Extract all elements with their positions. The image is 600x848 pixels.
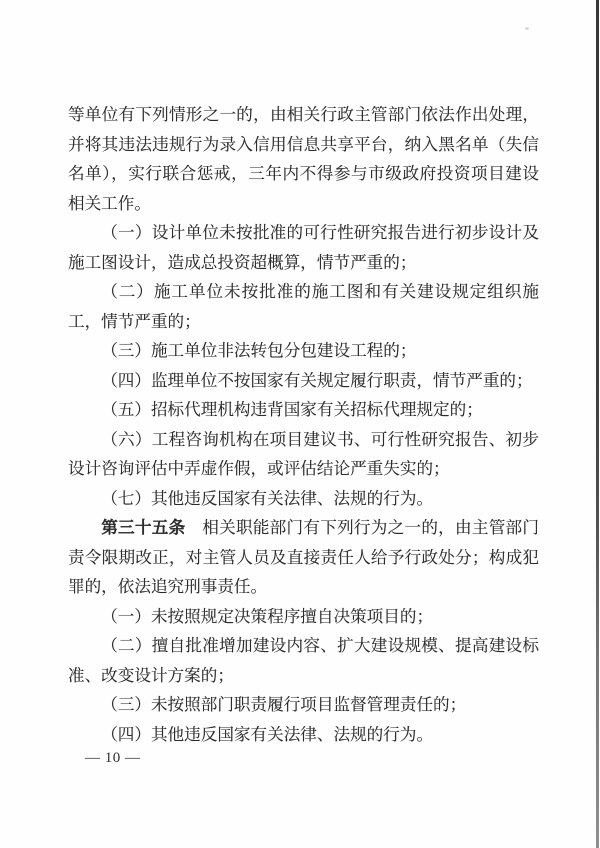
text-line: 罪的，依法追究刑事责任。 (68, 572, 539, 602)
line-text: （四）其他违反国家有关法律、法规的行为。 (101, 725, 433, 744)
line-text: （三）施工单位非法转包分包建设工程的； (101, 341, 416, 360)
line-text: 名单），实行联合惩戒，三年内不得参与市级政府投资项目建设 (68, 164, 539, 183)
line-text: （五）招标代理机构违背国家有关招标代理规定的； (101, 400, 483, 419)
text-line: 名单），实行联合惩戒，三年内不得参与市级政府投资项目建设 (68, 159, 539, 189)
line-text: （七）其他违反国家有关法律、法规的行为。 (101, 489, 433, 508)
text-line: （一）设计单位未按批准的可行性研究报告进行初步设计及 (68, 218, 539, 248)
text-line: 设计咨询评估中弄虚作假，或评估结论严重失实的； (68, 454, 539, 484)
line-text: 相关工作。 (68, 194, 151, 213)
line-text: （六）工程咨询机构在项目建议书、可行性研究报告、初步 (101, 430, 539, 449)
text-line: （四）监理单位不按国家有关规定履行职责，情节严重的； (68, 366, 539, 396)
text-line: （三）未按照部门职责履行项目监督管理责任的； (68, 690, 539, 720)
line-text: （一）设计单位未按批准的可行性研究报告进行初步设计及 (101, 223, 539, 242)
line-text: 罪的，依法追究刑事责任。 (68, 577, 267, 596)
text-line: 相关工作。 (68, 189, 539, 219)
line-text: 施工图设计，造成总投资超概算，情节严重的； (68, 253, 416, 272)
scan-edge-artifact (596, 0, 599, 848)
document-body: 等单位有下列情形之一的，由相关行政主管部门依法作出处理，并将其违法违规行为录入信… (68, 100, 539, 749)
text-line: 等单位有下列情形之一的，由相关行政主管部门依法作出处理， (68, 100, 539, 130)
text-line: （七）其他违反国家有关法律、法规的行为。 (68, 484, 539, 514)
scan-dust-speck (525, 27, 529, 30)
text-line: （一）未按照规定决策程序擅自决策项目的； (68, 602, 539, 632)
line-text: 责令限期改正，对主管人员及直接责任人给予行政处分；构成犯 (68, 548, 539, 567)
line-text: （一）未按照规定决策程序擅自决策项目的； (101, 607, 433, 626)
line-text: 准、改变设计方案的； (68, 666, 234, 685)
text-line: （六）工程咨询机构在项目建议书、可行性研究报告、初步 (68, 425, 539, 455)
line-text: （二）施工单位未按批准的施工图和有关建设规定组织施 (101, 282, 539, 301)
text-line: 施工图设计，造成总投资超概算，情节严重的； (68, 248, 539, 278)
line-text: 并将其违法违规行为录入信用信息共享平台，纳入黑名单（失信 (68, 135, 539, 154)
document-page: 等单位有下列情形之一的，由相关行政主管部门依法作出处理，并将其违法违规行为录入信… (0, 0, 600, 848)
line-text: （四）监理单位不按国家有关规定履行职责，情节严重的； (101, 371, 532, 390)
text-line: 第三十五条 相关职能部门有下列行为之一的，由主管部门 (68, 513, 539, 543)
text-line: （二）施工单位未按批准的施工图和有关建设规定组织施 (68, 277, 539, 307)
line-text: 设计咨询评估中弄虚作假，或评估结论严重失实的； (68, 459, 450, 478)
line-text: 相关职能部门有下列行为之一的，由主管部门 (185, 518, 539, 537)
text-line: 责令限期改正，对主管人员及直接责任人给予行政处分；构成犯 (68, 543, 539, 573)
text-line: 准、改变设计方案的； (68, 661, 539, 691)
line-text: 等单位有下列情形之一的，由相关行政主管部门依法作出处理， (68, 105, 539, 124)
text-line: 工，情节严重的； (68, 307, 539, 337)
line-text: （二）擅自批准增加建设内容、扩大建设规模、提高建设标 (101, 636, 539, 655)
page-number: — 10 — (85, 747, 141, 769)
text-line: （二）擅自批准增加建设内容、扩大建设规模、提高建设标 (68, 631, 539, 661)
text-line: （四）其他违反国家有关法律、法规的行为。 (68, 720, 539, 750)
article-number: 第三十五条 (101, 518, 185, 537)
line-text: （三）未按照部门职责履行项目监督管理责任的； (101, 695, 466, 714)
text-line: 并将其违法违规行为录入信用信息共享平台，纳入黑名单（失信 (68, 130, 539, 160)
text-line: （五）招标代理机构违背国家有关招标代理规定的； (68, 395, 539, 425)
text-line: （三）施工单位非法转包分包建设工程的； (68, 336, 539, 366)
line-text: 工，情节严重的； (68, 312, 201, 331)
